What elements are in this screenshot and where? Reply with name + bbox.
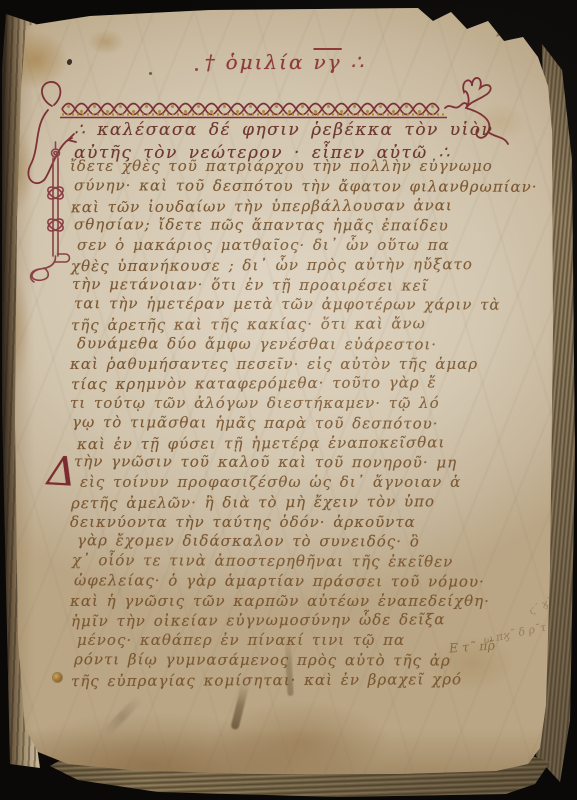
text-line: τῆς εὐπραγίας κομίσηται· καὶ ἐν βραχεῖ χ… [71,669,530,691]
parchment-page: 179 † ὁμιλία νγ ∴ [0,0,577,800]
title-cross-icon: † [205,50,217,74]
text-line: χ᾽ οἷόν τε τινὰ ἀποστερηθῆναι τῆς ἐκεῖθε… [72,551,530,573]
text-line: ἡμῖν τὴν οἰκείαν εὐγνωμοσύνην ὧδε δεῖξα [71,610,530,632]
line-marker-dot [53,673,62,682]
text-line: εὶς τοίνυν προφασιζέσθω ὡς δι᾽ ἄγνοιαν ἁ [80,473,530,493]
text-line: τὴν μετάνοιαν· ὅτι ἐν τῇ προαιρέσει κεῖ [72,275,530,297]
headpiece-band [60,104,447,118]
text-line: καὶ ἡ γνῶσις τῶν καρπῶν αὐτέων ἐναπεδείχ… [70,592,530,612]
title-end-mark: ∴ [351,50,366,74]
text-line: ρετῆς ἀμελῶν· ἢ διὰ τὸ μὴ ἔχειν τὸν ὑπο [71,492,530,514]
text-line: σθησίαν; ἴδετε πῶς ἅπαντας ἡμᾶς ἐπαίδευ [74,215,530,236]
text-line: τὴν γνῶσιν τοῦ καλοῦ καὶ τοῦ πονηροῦ· μη [74,452,530,473]
text-line: γῳ τὸ τιμᾶσθαι ἡμᾶς παρὰ τοῦ δεσπότου· [72,413,530,435]
text-line: μένος· καθάπερ ἐν πίνακί τινι τῷ πα [77,631,530,651]
text-line: δυνάμεθα δύο ἄμφω γενέσθαι εὐάρεστοι· [77,334,530,355]
text-line: καὶ ἐν τῇ φύσει τῇ ἡμετέρᾳ ἐναποκεῖσθαι [77,432,530,454]
text-line: ται τὴν ἡμετέραν μετὰ τῶν ἀμφοτέρων χάρι… [74,294,530,315]
marginal-knot-ornament [31,142,70,282]
pencil-smudge [101,695,144,739]
text-line: ὠφελείας· ὁ γὰρ ἁμαρτίαν πράσσει τοῦ νόμ… [74,571,530,592]
text-line: καὶ ῥαθυμήσαντες πεσεῖν· εἰς αὐτὸν τῆς ἁ… [70,355,530,375]
text-line: τίας κρημνὸν καταφερόμεθα· τοῦτο γὰρ ἔ [71,373,530,395]
text-line: σύνην· καὶ τοῦ δεσπότου τὴν ἄφατον φιλαν… [74,176,530,197]
ink-speck [149,72,152,75]
text-line: χθὲς ὑπανήκουσε ; δι᾽ ὧν πρὸς αὐτὴν ηὔξα… [71,255,530,277]
homily-title: † ὁμιλία νγ ∴ [0,50,570,74]
title-numeral: νγ [314,50,342,74]
text-line: καὶ τῶν ἰουδαίων τὴν ὑπερβάλλουσαν ἀναι [71,195,530,217]
text-line: τῆς ἀρετῆς καὶ τῆς κακίας· ὅτι καὶ ἄνω [71,314,530,336]
text-line: γὰρ ἔχομεν διδάσκαλον τὸ συνειδός· ὃ [77,531,530,552]
text-line: ρόντι βίῳ γυμνασάμενος πρὸς αὐτὸ τῆς ἀρ [74,650,530,671]
headpiece-left-flourish [28,82,76,183]
folio-number: 179 [493,20,521,39]
manuscript-photo: 179 † ὁμιλία νγ ∴ [0,0,577,800]
title-word: ὁμιλία [226,50,305,74]
text-line: τι τούτῳ τῶν ἀλόγων διεστήκαμεν· τῷ λό [70,394,530,414]
red-ink-speck [2,23,5,28]
body-text: ἴδετε χθὲς τοῦ πατριάρχου τὴν πολλὴν εὐγ… [70,157,530,690]
text-line: ἴδετε χθὲς τοῦ πατριάρχου τὴν πολλὴν εὐγ… [70,157,530,177]
incipit-line: ∴ καλέσασα δέ φησιν ῥεβέκκα τὸν υἱὸν [74,119,524,142]
text-line: δεικνύοντα τὴν ταύτης ὁδόν· ἀρκοῦντα [70,513,530,533]
red-ink-speck [195,68,198,71]
text-line: σεν ὁ μακάριος ματθαῖος· δι᾽ ὧν οὕτω πα [77,236,530,256]
